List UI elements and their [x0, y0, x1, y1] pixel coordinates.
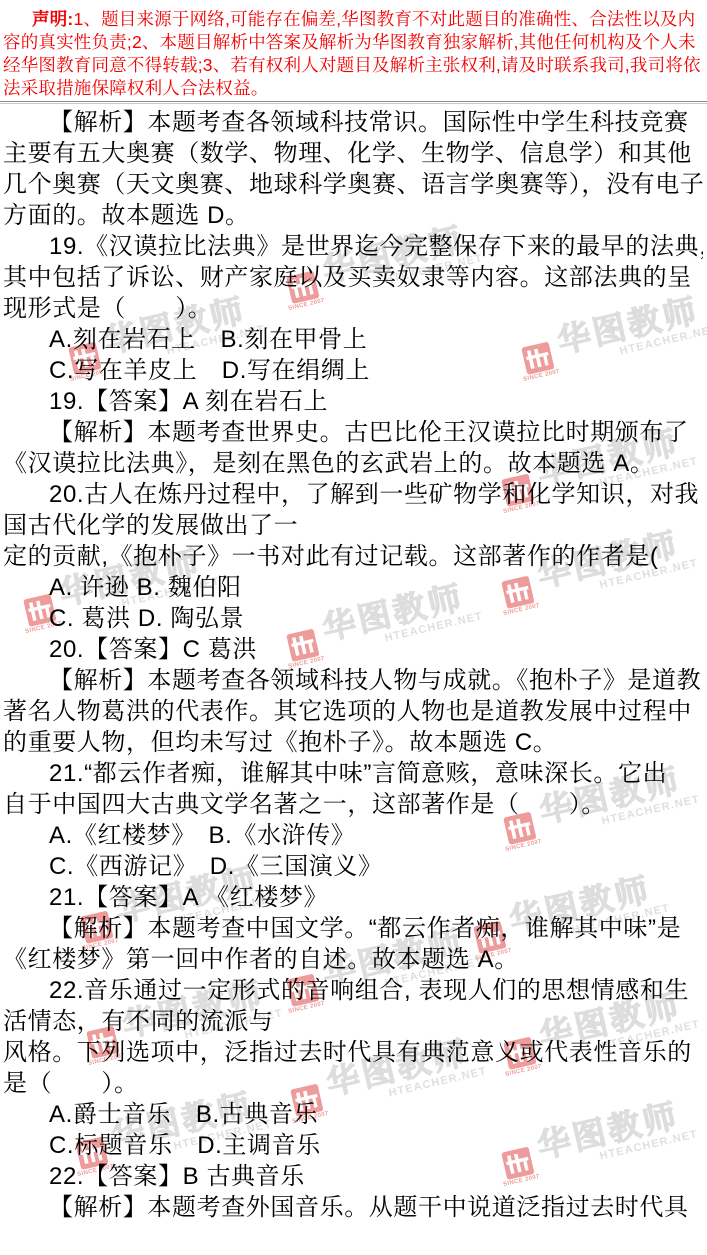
disclaimer-line: 经华图教育同意不得转载;3、若有权利人对题目及解析主张权利,请及时联系我司,我司… — [3, 54, 703, 77]
disclaimer-line-text: 1、题目来源于网络,可能存在偏差,华图教育不对此题目的准确性、合法性以及内 — [73, 9, 695, 29]
q22-answer-line: 22.【答案】B 古典音乐 — [3, 1161, 703, 1192]
q18-analysis-line: 【解析】本题考查各领域科技常识。国际性中学生科技竞赛 — [3, 107, 703, 138]
q19-stem-line: 其中包括了诉讼、财产家庭以及买卖奴隶等内容。这部法典的呈 — [3, 262, 703, 293]
q18-analysis-line: 几个奥赛（天文奥赛、地球科学奥赛、语言学奥赛等），没有电子 — [3, 169, 703, 200]
q21-stem-line: 21.“都云作者痴，谁解其中味”言简意赅，意味深长。它出 — [3, 758, 703, 789]
q22-options-cd: C.标题音乐 D.主调音乐 — [3, 1130, 703, 1161]
q19-analysis-line: 《汉谟拉比法典》，是刻在黑色的玄武岩上的。故本题选 A。 — [3, 448, 703, 479]
q18-analysis-line: 主要有五大奥赛（数学、物理、化学、生物学、信息学）和其他 — [3, 138, 703, 169]
q20-analysis-line: 的重要人物，但均未写过《抱朴子》。故本题选 C。 — [3, 727, 703, 758]
q21-options-ab: A.《红楼梦》 B.《水浒传》 — [3, 820, 703, 851]
q20-analysis-line: 【解析】本题考查各领域科技人物与成就。《抱朴子》是道教 — [3, 665, 703, 696]
q19-answer-line: 19.【答案】A 刻在岩石上 — [3, 386, 703, 417]
q22-stem-line: 风格。下列选项中，泛指过去时代具有典范意义或代表性音乐的 — [3, 1037, 703, 1068]
q20-stem-line: 国古代化学的发展做出了一 — [3, 510, 703, 541]
q22-stem-line: 活情态，有不同的流派与 — [3, 1006, 703, 1037]
document-body: 【解析】本题考查各领域科技常识。国际性中学生科技竞赛 主要有五大奥赛（数学、物理… — [0, 104, 707, 1223]
disclaimer-line: 法采取措施保障权利人合法权益。 — [3, 77, 703, 100]
q21-answer-line: 21.【答案】A 《红楼梦》 — [3, 882, 703, 913]
q21-options-cd: C.《西游记》 D.《三国演义》 — [3, 851, 703, 882]
q22-stem-line: 22.音乐通过一定形式的音响组合, 表现人们的思想情感和生 — [3, 975, 703, 1006]
q20-options-ab: A. 许逊 B. 魏伯阳 — [3, 572, 703, 603]
q19-analysis-line: 【解析】本题考查世界史。古巴比伦王汉谟拉比时期颁布了 — [3, 417, 703, 448]
q20-options-cd: C. 葛洪 D. 陶弘景 — [3, 603, 703, 634]
document-page: 声明:1、题目来源于网络,可能存在偏差,华图教育不对此题目的准确性、合法性以及内… — [0, 0, 707, 1223]
q20-stem-line: 20.古人在炼丹过程中，了解到一些矿物学和化学知识，对我 — [3, 479, 703, 510]
q19-stem-line: 现形式是（ ）。 — [3, 293, 703, 324]
q18-analysis-line: 方面的。故本题选 D。 — [3, 200, 703, 231]
q20-analysis-line: 著名人物葛洪的代表作。其它选项的人物也是道教发展中过程中 — [3, 696, 703, 727]
disclaimer-line: 容的真实性负责;2、本题目解析中答案及解析为华图教育独家解析,其他任何机构及个人… — [3, 31, 703, 54]
disclaimer-label: 声明: — [32, 9, 73, 29]
q21-analysis-line: 《红楼梦》第一回中作者的自述。故本题选 A。 — [3, 944, 703, 975]
q21-analysis-line: 【解析】本题考查中国文学。“都云作者痴，谁解其中味”是 — [3, 913, 703, 944]
q19-options-ab: A.刻在岩石上 B.刻在甲骨上 — [3, 324, 703, 355]
q20-stem-line: 定的贡献,《抱朴子》一书对此有过记载。这部著作的作者是( )。 — [3, 541, 703, 572]
q22-stem-line: 是（ ）。 — [3, 1068, 703, 1099]
q22-options-ab: A.爵士音乐 B.古典音乐 — [3, 1099, 703, 1130]
q22-analysis-line: 【解析】本题考查外国音乐。从题干中说道泛指过去时代具 — [3, 1192, 703, 1223]
disclaimer-line: 声明:1、题目来源于网络,可能存在偏差,华图教育不对此题目的准确性、合法性以及内 — [3, 8, 703, 31]
q20-answer-line: 20.【答案】C 葛洪 — [3, 634, 703, 665]
q19-options-cd: C.写在羊皮上 D.写在绢绸上 — [3, 355, 703, 386]
disclaimer: 声明:1、题目来源于网络,可能存在偏差,华图教育不对此题目的准确性、合法性以及内… — [0, 0, 707, 100]
q21-stem-line: 自于中国四大古典文学名著之一，这部著作是（ ）。 — [3, 789, 703, 820]
q19-stem-line: 19.《汉谟拉比法典》是世界迄今完整保存下来的最早的法典， — [3, 231, 703, 262]
